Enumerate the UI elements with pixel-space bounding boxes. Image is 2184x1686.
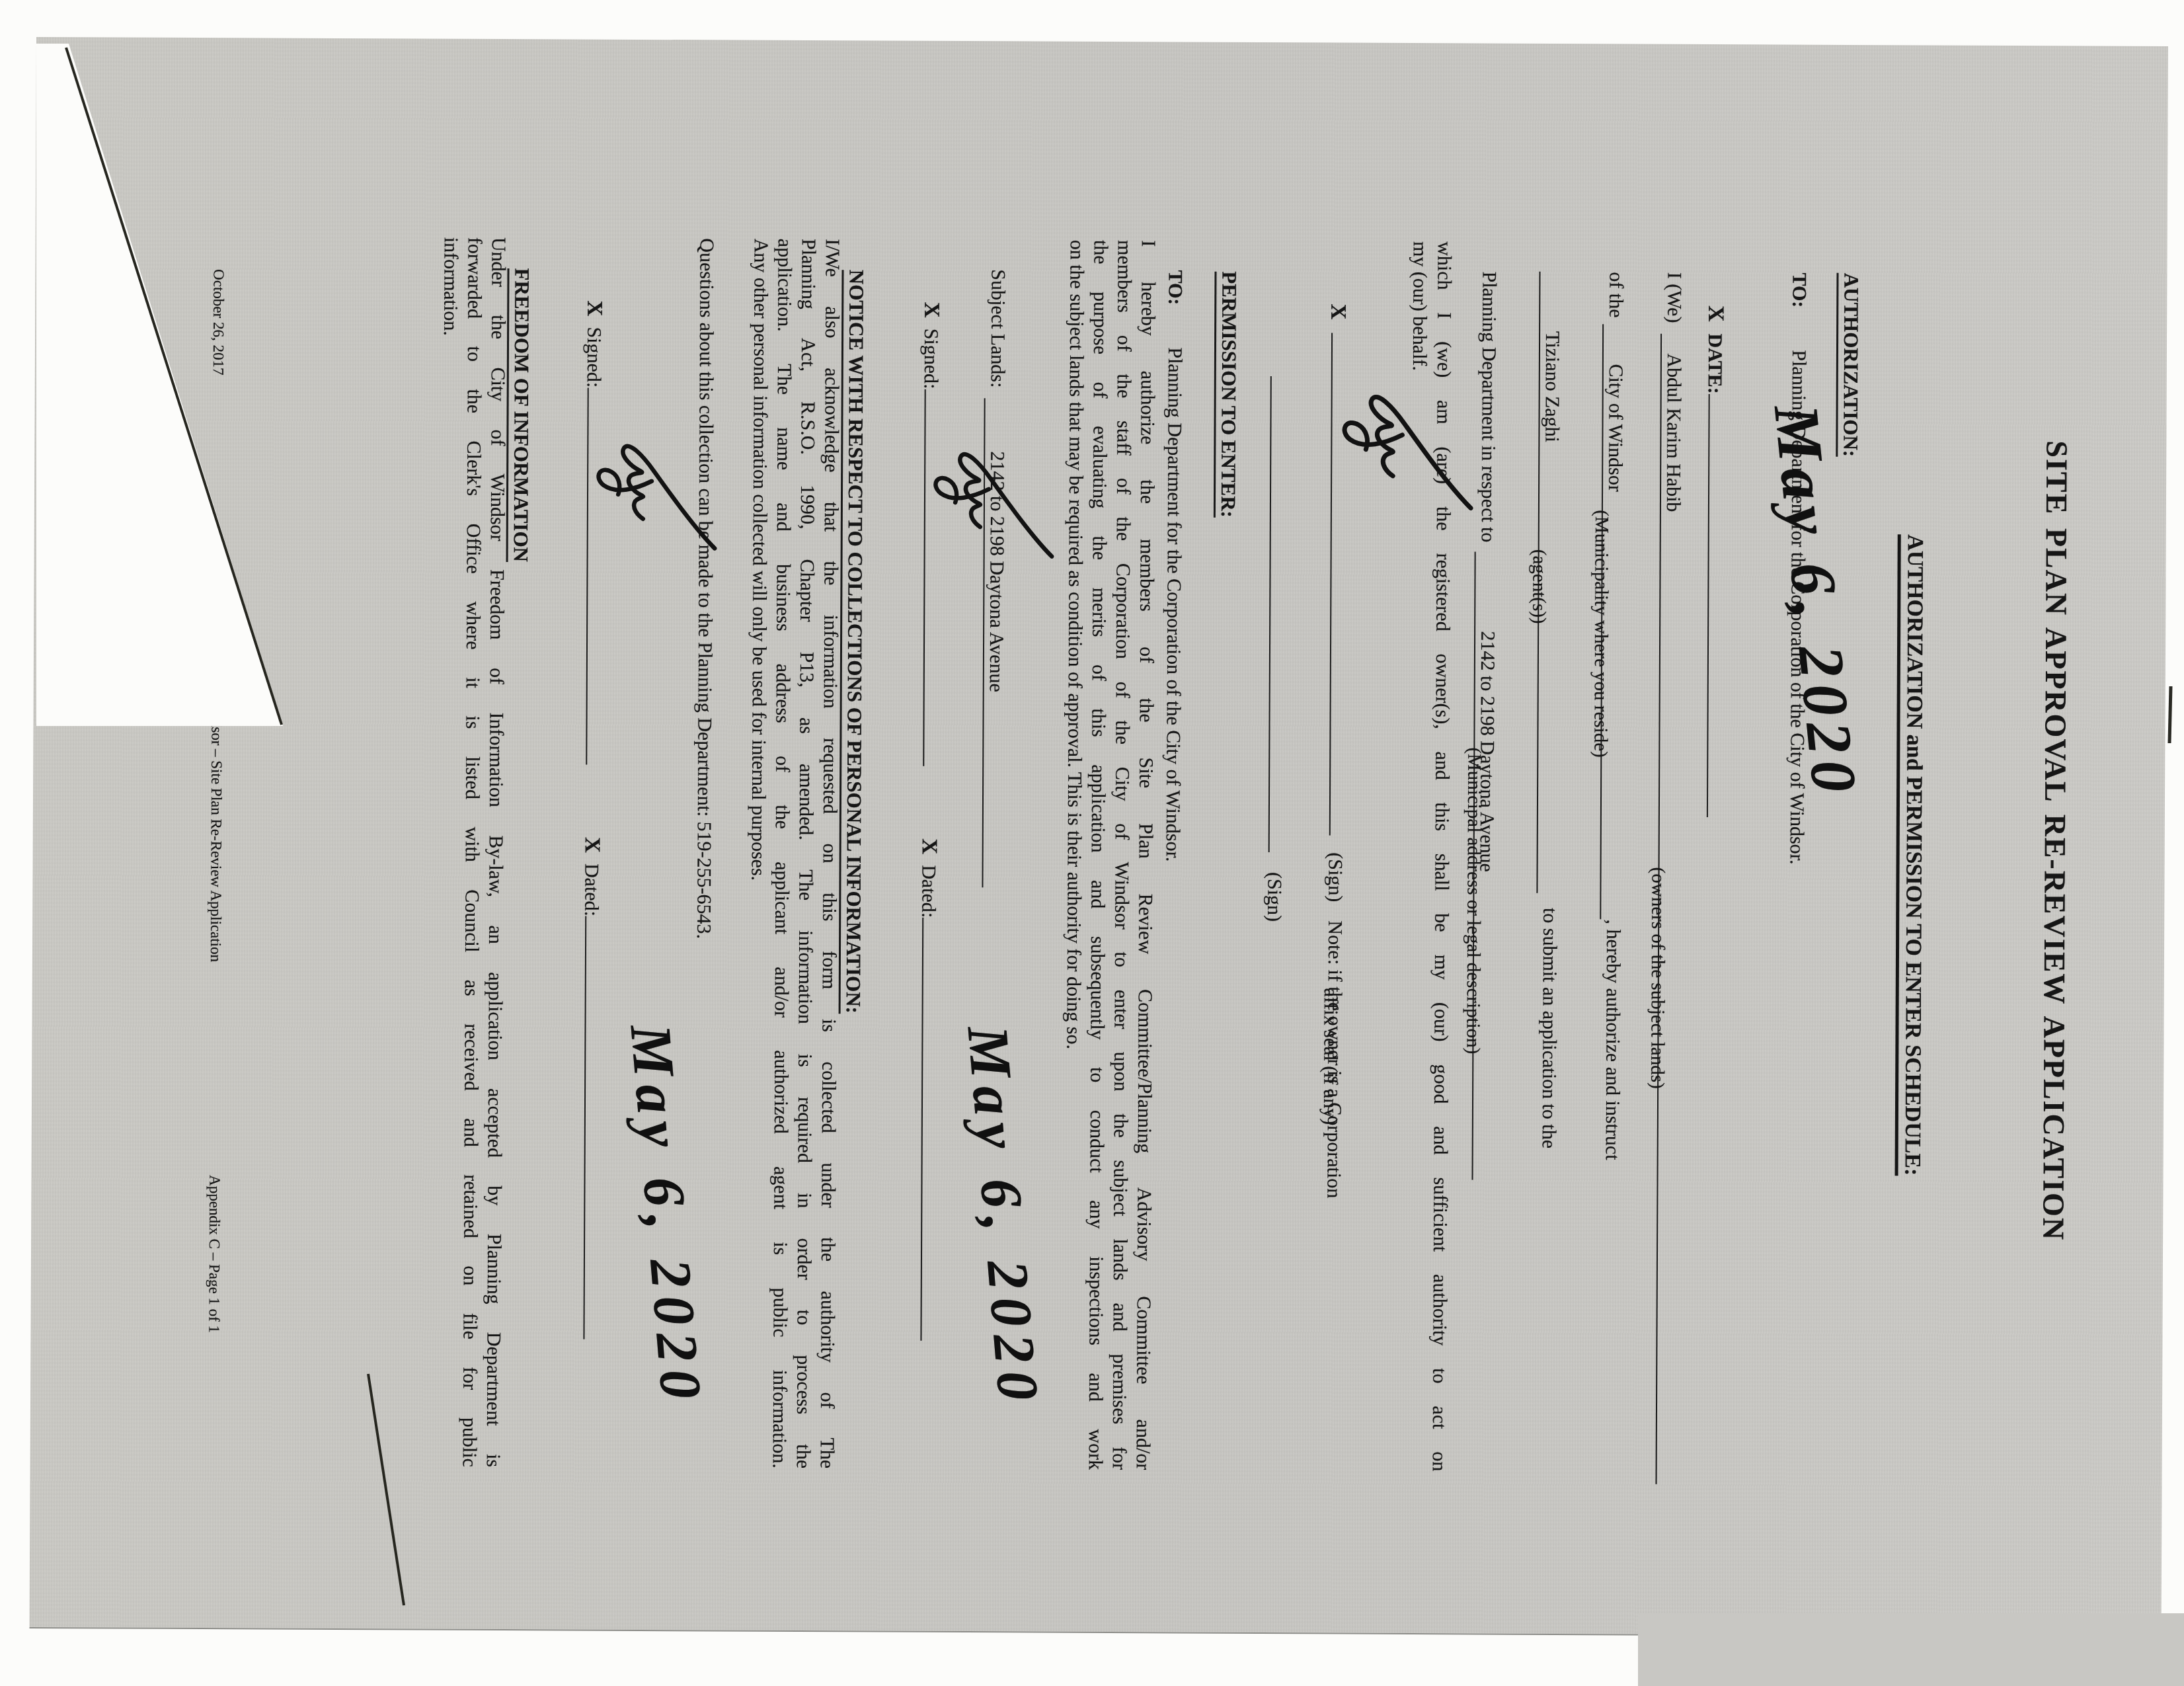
- to-text: Planning Department for the Corporation …: [1162, 347, 1186, 862]
- x-mark: X: [582, 301, 606, 317]
- x-mark: X: [1326, 303, 1350, 319]
- dated-label: Dated:: [580, 863, 602, 916]
- x-mark: X: [919, 302, 943, 318]
- of-the-label: of the: [1605, 272, 1627, 317]
- scan-edge-tick: [2169, 686, 2171, 743]
- signature-blank-2: [1268, 376, 1296, 852]
- to-label: TO:: [1788, 272, 1810, 307]
- agent-suffix: to submit an application to the: [1538, 908, 1561, 1148]
- schedule-heading-text: AUTHORIZATION and PERMISSION TO ENTER SC…: [1895, 534, 1928, 1176]
- paper-bleed: [1638, 1613, 2184, 1686]
- footer-page: Appendix C – Page 1 of 1: [202, 1175, 226, 1333]
- signature-scrawl: [929, 411, 1062, 564]
- date-blank: [1707, 394, 1756, 817]
- questions-line: Questions about this collection can be m…: [691, 238, 719, 939]
- signed-label: Signed:: [583, 327, 605, 387]
- footer-center: City of Windsor – Site Plan Re-Review Ap…: [203, 474, 229, 1135]
- municipality-value: City of Windsor: [1604, 324, 1627, 491]
- municipality-caption: (Municipality where you reside): [1588, 510, 1614, 758]
- municipality-suffix: , hereby authorize and instruct: [1602, 919, 1625, 1160]
- address-caption: (Municipal address or legal description): [1461, 747, 1486, 1054]
- scanned-screenshot: SITE PLAN APPROVAL RE-REVIEW APPLICATION…: [0, 0, 2184, 1686]
- subject-label: Subject Lands:: [987, 269, 1009, 387]
- sign-caption: (Sign): [1324, 852, 1346, 902]
- agent-value: Tiziano Zaghi: [1541, 272, 1563, 442]
- signature-scrawl: [1339, 350, 1479, 516]
- page-title: SITE PLAN APPROVAL RE-REVIEW APPLICATION: [2040, 46, 2070, 1636]
- respect-label: Planning Department in respect to: [1477, 271, 1501, 542]
- dated-label: Dated:: [917, 865, 939, 918]
- signature-scrawl: [592, 403, 724, 556]
- owner-caption: (owners of the subject lands): [1645, 867, 1670, 1089]
- sign2-caption: (Sign): [1263, 872, 1285, 922]
- footer-date: October 26, 2017: [206, 269, 231, 375]
- agent-caption: (agent(s)): [1527, 549, 1551, 624]
- i-we-label: I (We): [1663, 272, 1685, 323]
- dated-blank: [920, 918, 947, 1341]
- to-label: TO:: [1164, 270, 1186, 305]
- signed-label: Signed:: [920, 329, 942, 389]
- owner-name: Abdul Karim Habib: [1662, 333, 1685, 512]
- x-mark: X: [580, 837, 604, 853]
- scanned-form-page: SITE PLAN APPROVAL RE-REVIEW APPLICATION…: [30, 37, 2168, 1638]
- dated-blank: [583, 916, 610, 1340]
- sign-note-2: affix seal (if any): [1318, 988, 1343, 1125]
- x-mark: X: [917, 838, 941, 854]
